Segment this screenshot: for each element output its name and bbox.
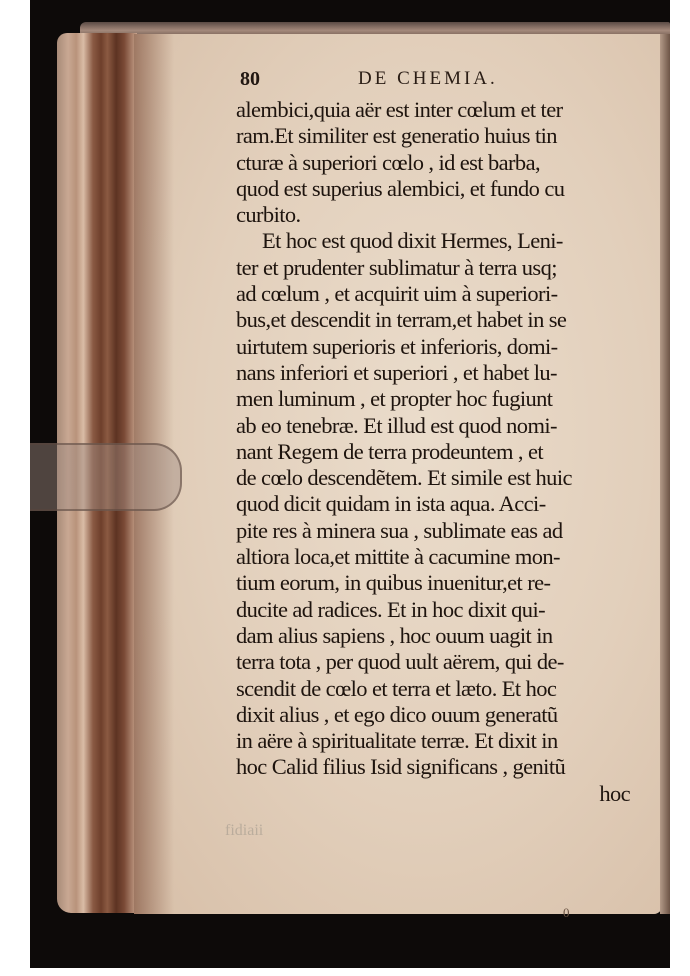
page-clip [30, 443, 182, 511]
signature-mark: 0 [563, 905, 570, 921]
text-block: alembici,quia aër est inter cœlum et ter… [236, 97, 656, 807]
page-right-edge [660, 34, 670, 914]
text-line: alembici,quia aër est inter cœlum et ter [236, 97, 656, 123]
page-number: 80 [240, 68, 260, 91]
text-line: Et hoc est quod dixit Hermes, Leni- [236, 228, 656, 254]
running-head: 80 DE CHEMIA. [240, 68, 660, 94]
text-line: bus,et descendit in terram,et habet in s… [236, 307, 656, 333]
text-line: pite res à minera sua , sublimate eas ad [236, 518, 656, 544]
text-line: men luminum , et propter hoc fugiunt [236, 386, 656, 412]
text-line: quod est superius alembici, et fundo cu [236, 176, 656, 202]
text-line: nans inferiori et superiori , et habet l… [236, 360, 656, 386]
text-line: nant Regem de terra prodeuntem , et [236, 439, 656, 465]
text-line: de cœlo descendẽtem. Et simile est huic [236, 465, 656, 491]
text-line: ram.Et similiter est generatio huius tin [236, 123, 656, 149]
text-line: uirtutem superioris et inferioris, domi- [236, 334, 656, 360]
bleed-through-text: fidiaii [225, 822, 263, 840]
text-line: quod dicit quidam in ista aqua. Acci- [236, 491, 656, 517]
text-line: hoc Calid filius Isid significans , geni… [236, 754, 656, 780]
text-line: dam alius sapiens , hoc ouum uagit in [236, 623, 656, 649]
text-line: in aëre à spiritualitate terræ. Et dixit… [236, 728, 656, 754]
text-line: scendit de cœlo et terra et læto. Et hoc [236, 676, 656, 702]
text-line: ad cœlum , et acquirit uim à superiori- [236, 281, 656, 307]
catchword: hoc [236, 781, 656, 807]
text-line: ducite ad radices. Et in hoc dixit qui- [236, 597, 656, 623]
text-line: terra tota , per quod uult aërem, qui de… [236, 649, 656, 675]
text-line: curbito. [236, 202, 656, 228]
text-line: cturæ à superiori cœlo , id est barba, [236, 150, 656, 176]
text-line: altiora loca,et mittite à cacumine mon- [236, 544, 656, 570]
text-line: ab eo tenebræ. Et illud est quod nomi- [236, 413, 656, 439]
text-line: dixit alius , et ego dico ouum generatũ [236, 702, 656, 728]
text-line: tium eorum, in quibus inuenitur,et re- [236, 570, 656, 596]
text-line: ter et prudenter sublimatur à terra usq; [236, 255, 656, 281]
running-title: DE CHEMIA. [358, 68, 498, 90]
